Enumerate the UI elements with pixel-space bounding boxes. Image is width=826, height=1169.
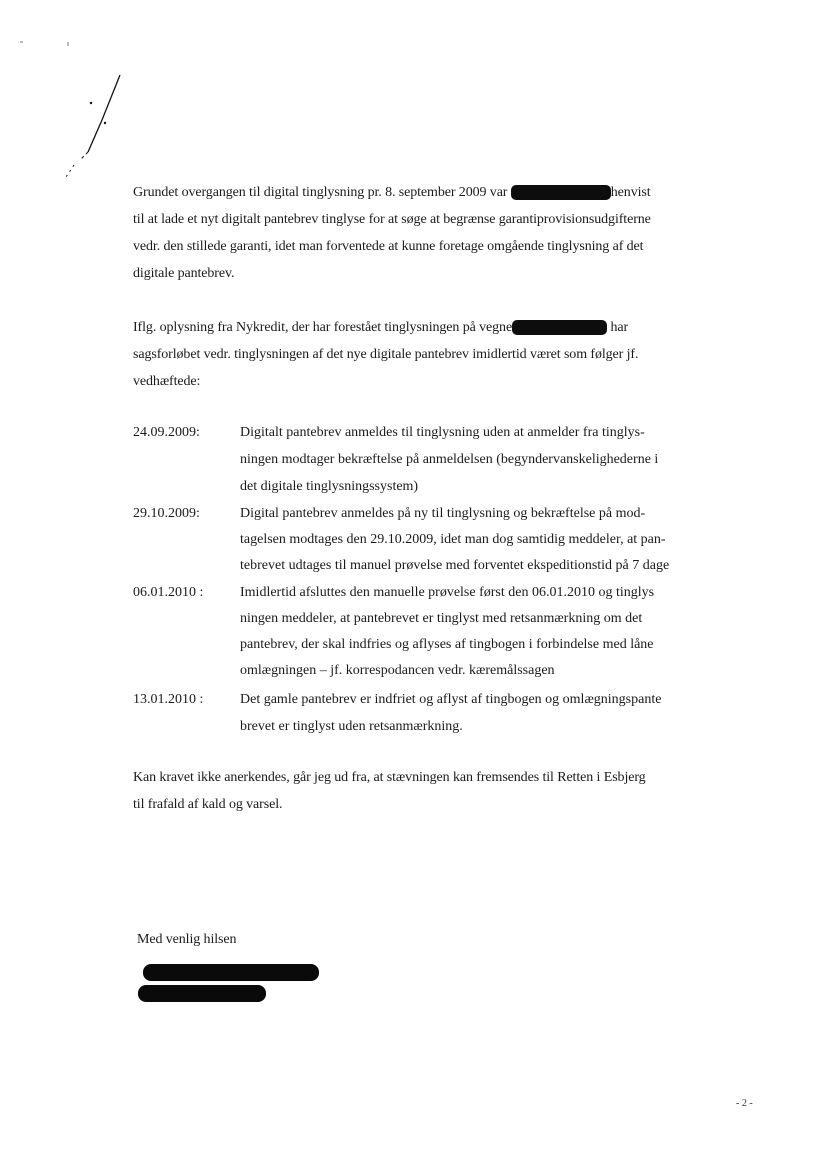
timeline-entry-2-line-1: Digital pantebrev anmeldes på ny til tin… xyxy=(240,506,645,522)
timeline-entry-1-line-1: Digitalt pantebrev anmeldes til tinglysn… xyxy=(240,425,645,441)
scan-speck xyxy=(20,41,23,43)
page-number: - 2 - xyxy=(736,1098,753,1109)
timeline-date-3: 06.01.2010 : xyxy=(133,585,203,601)
timeline-date-1: 24.09.2009: xyxy=(133,425,200,441)
timeline-entry-3-line-1: Imidlertid afsluttes den manuelle prøvel… xyxy=(240,585,654,601)
redacted-signature-line-1 xyxy=(143,964,319,981)
document-page: Grundet overgangen til digital tinglysni… xyxy=(0,0,826,1169)
paragraph-2-line-1: Iflg. oplysning fra Nykredit, der har fo… xyxy=(133,320,628,336)
timeline-date-4: 13.01.2010 : xyxy=(133,692,203,708)
paragraph-1-line-4: digitale pantebrev. xyxy=(133,266,234,282)
paragraph-1-line-2: til at lade et nyt digitalt pantebrev ti… xyxy=(133,212,651,228)
timeline-entry-2-line-3: tebrevet udtages til manuel prøvelse med… xyxy=(240,558,669,574)
paragraph-1-line-1: Grundet overgangen til digital tinglysni… xyxy=(133,185,651,201)
paragraph-3-line-2: til frafald af kald og varsel. xyxy=(133,797,282,813)
redacted-signature-line-2 xyxy=(138,985,266,1002)
timeline-entry-1-line-2: ningen modtager bekræftelse på anmeldels… xyxy=(240,452,658,468)
paragraph-2-line-3: vedhæftede: xyxy=(133,374,200,390)
timeline-entry-4-line-2: brevet er tinglyst uden retsanmærkning. xyxy=(240,719,463,735)
handwritten-slash-mark xyxy=(40,60,140,190)
timeline-entry-3-line-3: pantebrev, der skal indfries og aflyses … xyxy=(240,637,654,653)
timeline-entry-3-line-4: omlægningen – jf. korrespodancen vedr. k… xyxy=(240,663,555,679)
timeline-entry-2-line-2: tagelsen modtages den 29.10.2009, idet m… xyxy=(240,532,666,548)
redaction-block xyxy=(512,320,607,335)
paragraph-1-line-3: vedr. den stillede garanti, idet man for… xyxy=(133,239,643,255)
closing-salutation: Med venlig hilsen xyxy=(137,932,236,948)
redaction-block xyxy=(511,185,611,200)
timeline-entry-4-line-1: Det gamle pantebrev er indfriet og aflys… xyxy=(240,692,661,708)
scan-speck xyxy=(67,42,69,46)
timeline-entry-1-line-3: det digitale tinglysningssystem) xyxy=(240,479,418,495)
paragraph-2-line-2: sagsforløbet vedr. tinglysningen af det … xyxy=(133,347,638,363)
paragraph-3-line-1: Kan kravet ikke anerkendes, går jeg ud f… xyxy=(133,770,646,786)
timeline-date-2: 29.10.2009: xyxy=(133,506,200,522)
timeline-entry-3-line-2: ningen meddeler, at pantebrevet er tingl… xyxy=(240,611,642,627)
